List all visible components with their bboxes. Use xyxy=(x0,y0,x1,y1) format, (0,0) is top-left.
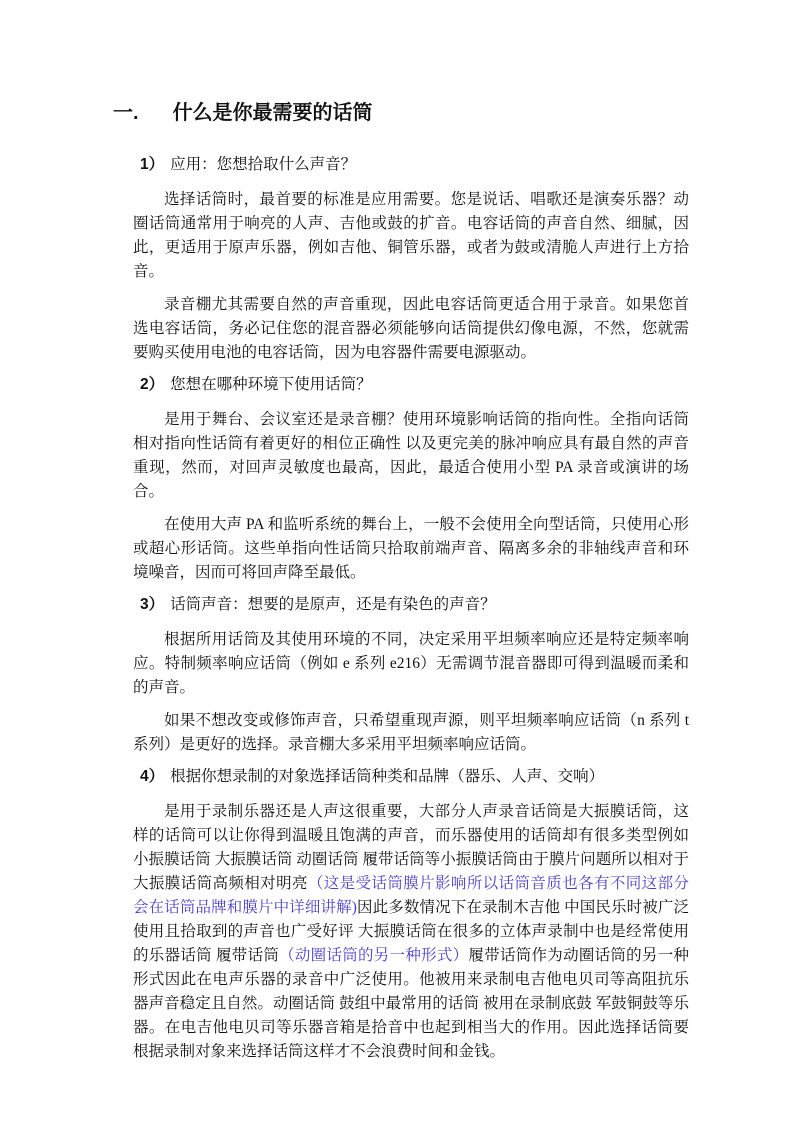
section-title: 话筒声音：想要的是原声，还是有染色的声音？ xyxy=(170,596,496,613)
paragraph: 在使用大声 PA 和监听系统的舞台上，一般不会使用全向型话筒，只使用心形或超心形… xyxy=(133,513,689,585)
section-heading: 2）您想在哪种环境下使用话筒？ xyxy=(140,374,689,396)
section-3-sound: 3）话筒声音：想要的是原声，还是有染色的声音？ 根据所用话筒及其使用环境的不同，… xyxy=(133,594,689,757)
section-heading: 1）应用：您想拾取什么声音？ xyxy=(140,154,689,176)
section-number: 3） xyxy=(140,596,164,613)
paragraph: 根据所用话筒及其使用环境的不同，决定采用平坦频率响应还是特定频率响应。特制频率响… xyxy=(133,628,689,700)
section-4-type-brand: 4）根据你想录制的对象选择话筒种类和品牌（器乐、人声、交响） 是用于录制乐器还是… xyxy=(133,766,689,1064)
paragraph-with-annotations: 是用于录制乐器还是人声这很重要，大部分人声录音话筒是大振膜话筒，这样的话筒可以让… xyxy=(133,800,689,1064)
document-page: 一.什么是你最需要的话筒 1）应用：您想拾取什么声音？ 选择话筒时，最首要的标准… xyxy=(0,0,793,1122)
page-title: 一.什么是你最需要的话筒 xyxy=(113,100,793,126)
section-2-environment: 2）您想在哪种环境下使用话筒？ 是用于舞台、会议室还是录音棚？使用环境影响话筒的… xyxy=(133,374,689,585)
section-title: 根据你想录制的对象选择话筒种类和品牌（器乐、人声、交响） xyxy=(170,768,604,785)
document-body: 1）应用：您想拾取什么声音？ 选择话筒时，最首要的标准是应用需要。您是说话、唱歌… xyxy=(133,154,689,1064)
section-1-application: 1）应用：您想拾取什么声音？ 选择话筒时，最首要的标准是应用需要。您是说话、唱歌… xyxy=(133,154,689,365)
paragraph: 如果不想改变或修饰声音，只希望重现声源，则平坦频率响应话筒（n 系列 t 系列）… xyxy=(133,709,689,757)
section-number: 1） xyxy=(140,156,164,173)
section-number: 2） xyxy=(140,376,164,393)
annotation-text-run: （动圈话筒的另一种形式） xyxy=(279,947,468,964)
heading-number: 一. xyxy=(113,100,139,126)
section-title: 您想在哪种环境下使用话筒？ xyxy=(170,376,372,393)
paragraph: 选择话筒时，最首要的标准是应用需要。您是说话、唱歌还是演奏乐器？动圈话筒通常用于… xyxy=(133,188,689,284)
heading-text: 什么是你最需要的话筒 xyxy=(173,102,373,124)
section-heading: 3）话筒声音：想要的是原声，还是有染色的声音？ xyxy=(140,594,689,616)
paragraph: 是用于舞台、会议室还是录音棚？使用环境影响话筒的指向性。全指向话筒相对指向性话筒… xyxy=(133,408,689,504)
section-title: 应用：您想拾取什么声音？ xyxy=(170,156,356,173)
section-number: 4） xyxy=(140,768,164,785)
section-heading: 4）根据你想录制的对象选择话筒种类和品牌（器乐、人声、交响） xyxy=(140,766,689,788)
paragraph: 录音棚尤其需要自然的声音重现，因此电容话筒更适合用于录音。如果您首选电容话筒，务… xyxy=(133,293,689,365)
